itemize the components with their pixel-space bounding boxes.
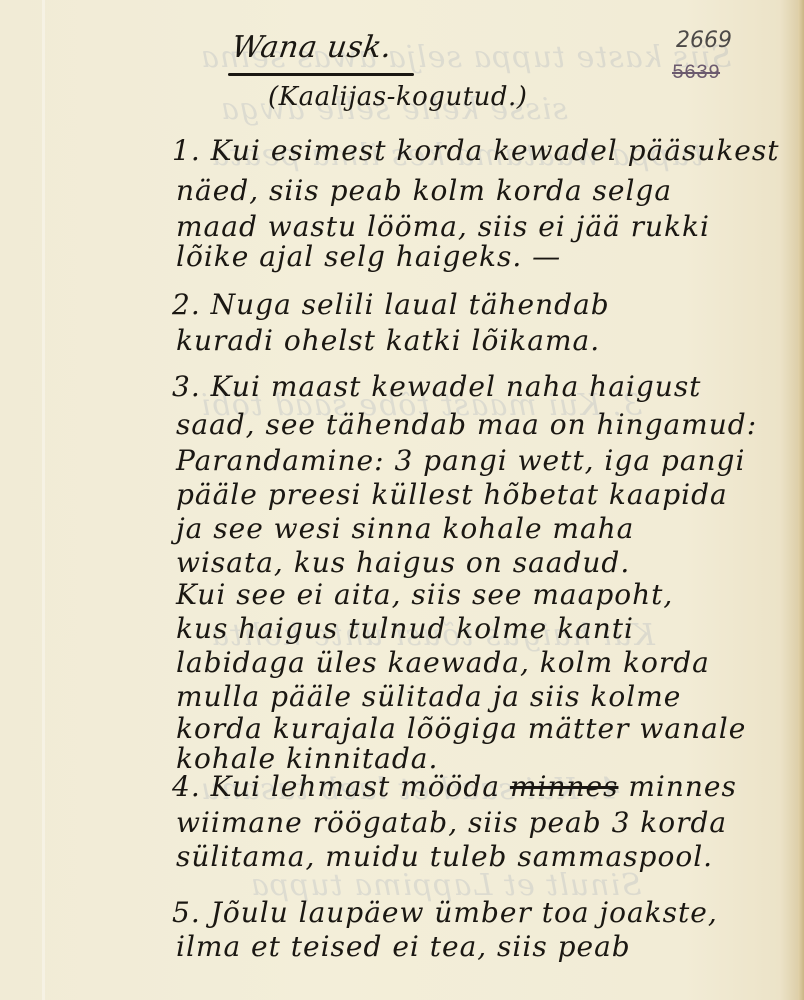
item-1-line: maad wastu lööma, siis ei jää rukki [176, 210, 710, 243]
item-3-line: Parandamine: 3 pangi wett, iga pangi [176, 444, 745, 477]
item-number: 1. [172, 134, 201, 167]
item-3-line: wisata, kus haigus on saadud. [176, 546, 630, 579]
item-3-line: ja see wesi sinna kohale maha [176, 512, 634, 545]
item-text: Nuga selili laual tähendab [211, 288, 610, 321]
archive-number: 2669 [676, 28, 732, 53]
manuscript-page: Siis kaste tuppa selja awas seina sisse … [0, 0, 804, 1000]
document-subtitle: (Kaalijas-kogutud.) [268, 82, 527, 112]
item-3-line: pääle preesi küllest hõbetat kaapida [176, 478, 728, 511]
title-underline [228, 73, 414, 76]
item-1-line: näed, siis peab kolm korda selga [176, 174, 672, 207]
item-number: 3. [172, 370, 201, 403]
item-4-line: sülitama, muidu tuleb sammaspool. [176, 840, 713, 873]
paper-fold-line [42, 0, 45, 1000]
document-title: Wana usk. [230, 30, 395, 65]
item-text: minnes [628, 770, 737, 803]
item-3-line: Kui see ei aita, siis see maapoht, [176, 578, 673, 611]
item-text: Kui maast kewadel naha haigust [211, 370, 702, 403]
item-4-line: wiimane röögatab, siis peab 3 korda [176, 806, 727, 839]
item-1-line: 1. Kui esimest korda kewadel pääsukest [172, 134, 780, 167]
item-1-line: lõike ajal selg haigeks. — [176, 240, 561, 273]
item-number: 5. [172, 896, 201, 929]
item-3-line: korda kurajala lõögiga mätter wanale [176, 712, 746, 745]
item-4-line: 4. Kui lehmast mööda minnes minnes [172, 770, 737, 803]
item-5-line: 5. Jõulu laupäew ümber toa joakste, [172, 896, 718, 929]
item-3-line: 3. Kui maast kewadel naha haigust [172, 370, 701, 403]
item-number: 4. [172, 770, 201, 803]
item-3-line: kus haigus tulnud kolme kanti [176, 612, 634, 645]
item-2-line: kuradi ohelst katki lõikama. [176, 324, 600, 357]
item-2-line: 2. Nuga selili laual tähendab [172, 288, 610, 321]
item-text: Kui esimest korda kewadel pääsukest [211, 134, 780, 167]
archive-number-struck: 5639 [672, 62, 720, 85]
paper-edge [798, 0, 804, 1000]
item-number: 2. [172, 288, 201, 321]
struck-word: minnes [510, 770, 619, 803]
item-text: Jõulu laupäew ümber toa joakste, [211, 896, 718, 929]
item-text: Kui lehmast mööda [211, 770, 500, 803]
item-3-line: saad, see tähendab maa on hingamud: [176, 408, 757, 441]
item-3-line: labidaga üles kaewada, kolm korda [176, 646, 710, 679]
item-3-line: mulla pääle sülitada ja siis kolme [176, 680, 681, 713]
item-5-line: ilma et teised ei tea, siis peab [176, 930, 631, 963]
